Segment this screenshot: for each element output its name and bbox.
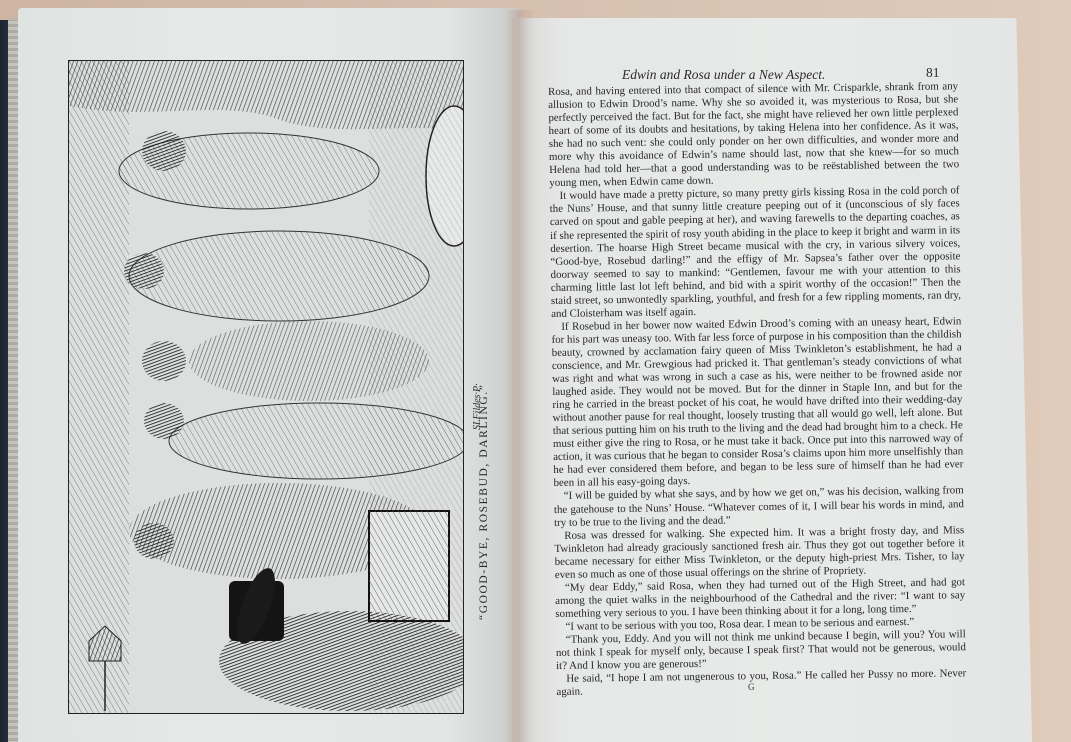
engraving-image (69, 61, 463, 713)
running-head: Edwin and Rosa under a New Aspect. (622, 67, 825, 83)
illustration-plate (68, 60, 464, 714)
paragraph: “My dear Eddy,” said Rosa, when they had… (555, 576, 966, 621)
book-gutter (505, 10, 535, 742)
body-text: Rosa, and having entered into that compa… (548, 80, 967, 699)
paragraph: If Rosebud in her bower now waited Edwin… (551, 315, 963, 490)
printer-signature-mark: G (748, 682, 755, 692)
paragraph: Rosa, and having entered into that compa… (548, 80, 959, 190)
paragraph: Rosa was dressed for walking. She expect… (554, 524, 965, 582)
paragraph: “Thank you, Eddy. And you will not think… (556, 628, 967, 673)
paragraph: It would have made a pretty picture, so … (549, 185, 961, 321)
page-number: 81 (926, 65, 940, 81)
illustration-caption: “GOOD-BYE, ROSEBUD, DARLING.” (478, 384, 490, 620)
paragraph: “I will be guided by what she says, and … (554, 485, 965, 530)
